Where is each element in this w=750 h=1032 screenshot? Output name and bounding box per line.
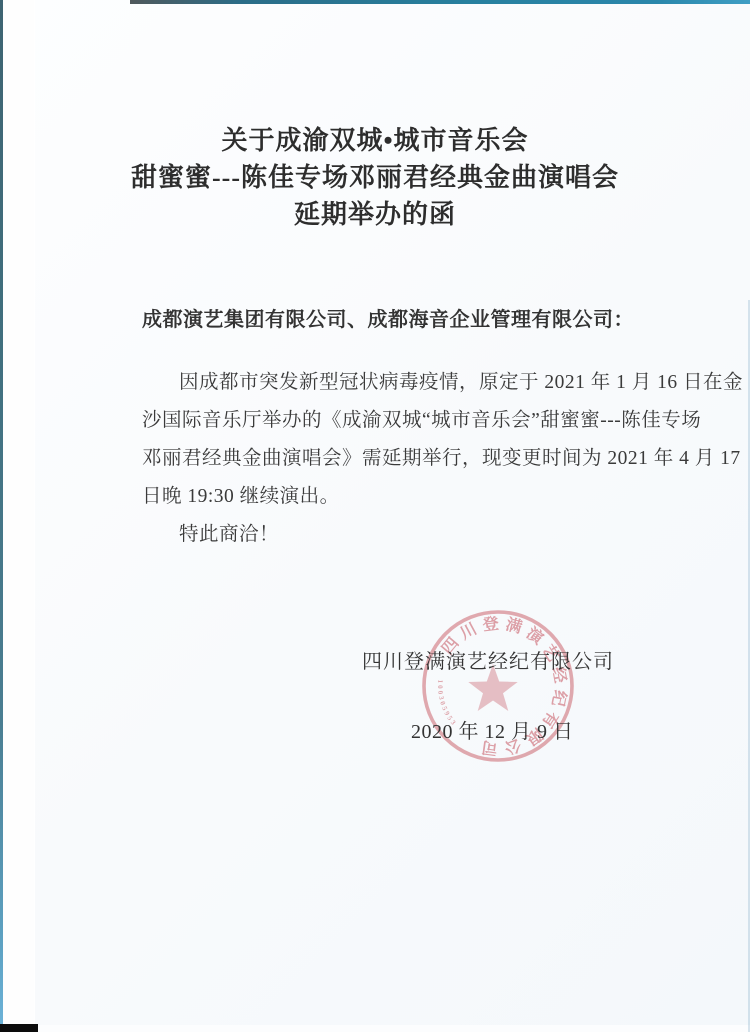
scan-corner-black-mark	[0, 1024, 38, 1032]
body-line: 因成都市突发新型冠状病毒疫情，原定于 2021 年 1 月 16 日在金	[142, 364, 634, 402]
recipient-line: 成都演艺集团有限公司、成都海音企业管理有限公司：	[142, 303, 634, 332]
signature-company: 四川登满演艺经纪有限公司	[362, 645, 614, 674]
closing-line: 特此商洽！	[142, 516, 634, 554]
scanned-letter-page: 关于成渝双城•城市音乐会 甜蜜蜜---陈佳专场邓丽君经典金曲演唱会 延期举办的函…	[0, 0, 750, 1032]
letter-title-line-1: 关于成渝双城•城市音乐会	[0, 122, 750, 159]
scan-edge-bottom	[0, 1025, 750, 1032]
letter-title-line-2: 甜蜜蜜---陈佳专场邓丽君经典金曲演唱会	[0, 159, 750, 196]
letter-title: 关于成渝双城•城市音乐会 甜蜜蜜---陈佳专场邓丽君经典金曲演唱会 延期举办的函	[0, 122, 750, 233]
body-line: 日晚 19:30 继续演出。	[142, 478, 634, 516]
body-line: 邓丽君经典金曲演唱会》需延期举行，现变更时间为 2021 年 4 月 17	[142, 440, 634, 478]
signature-date: 2020 年 12 月 9 日	[411, 715, 574, 744]
scan-edge-top	[130, 0, 750, 4]
letter-body: 因成都市突发新型冠状病毒疫情，原定于 2021 年 1 月 16 日在金 沙国际…	[142, 364, 634, 554]
scan-edge-left-paper-gap	[3, 0, 35, 1032]
body-line: 沙国际音乐厅举办的《成渝双城“城市音乐会”甜蜜蜜---陈佳专场	[142, 402, 634, 440]
letter-title-line-3: 延期举办的函	[0, 196, 750, 233]
scan-edge-left	[0, 0, 3, 1032]
